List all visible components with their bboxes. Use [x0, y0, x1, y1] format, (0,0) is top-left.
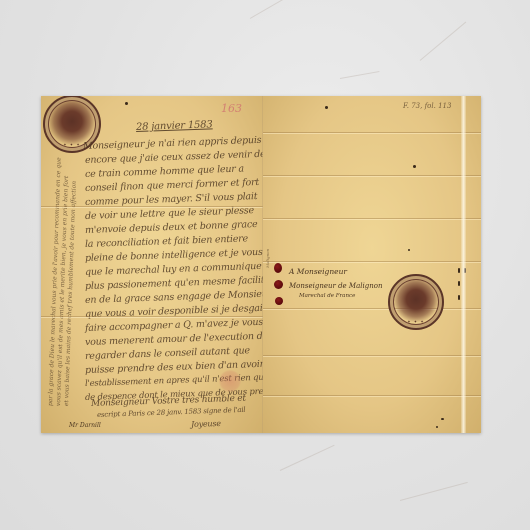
- fold-line: [263, 218, 481, 219]
- address-line: Monseigneur de Malignon: [289, 282, 382, 290]
- fold-line: [41, 206, 263, 207]
- ink-speck: [325, 106, 328, 109]
- binding-hole: [458, 281, 460, 286]
- fold-line: [263, 175, 481, 176]
- fold-line: [263, 132, 481, 133]
- postcard: ✦ ✦ ✦ 163 28 janvier 1583 Monseigneur je…: [41, 96, 481, 433]
- wax-seal: [275, 297, 283, 305]
- marble-vein: [400, 482, 468, 501]
- fold-line: [263, 308, 481, 309]
- address-line: A Monseigneur: [289, 267, 347, 276]
- fold-line: [263, 395, 481, 396]
- address-scribble: Malignon: [265, 249, 270, 268]
- archive-number: 163: [221, 102, 242, 115]
- address-line: Marechal de France: [299, 293, 355, 299]
- faded-red-stamp: [219, 370, 241, 392]
- fold-line: [41, 316, 263, 317]
- marble-vein: [420, 22, 467, 61]
- archive-reference: F. 73, fol. 113: [403, 102, 451, 110]
- binding-hole: [458, 295, 460, 300]
- marble-vein: [280, 445, 335, 471]
- vertical-fold-band: [461, 96, 466, 433]
- date-line: 28 janvier 1583: [136, 119, 213, 133]
- wax-seal: [274, 280, 283, 289]
- library-stamp-right: ✦ ✦ ✦: [388, 274, 444, 330]
- ink-speck: [125, 102, 128, 105]
- letter-page-right: F. 73, fol. 113 Malignon A Monseigneur M…: [263, 96, 481, 433]
- ink-speck: [413, 165, 416, 168]
- signature: Joyeuse: [191, 419, 221, 429]
- binding-hole: [458, 268, 460, 273]
- ink-speck: [408, 249, 410, 251]
- wax-seal: [274, 263, 282, 273]
- ink-speck: [436, 426, 438, 428]
- letter-page-left: ✦ ✦ ✦ 163 28 janvier 1583 Monseigneur je…: [41, 96, 263, 433]
- stamp-ring-text: ✦ ✦ ✦: [390, 319, 442, 324]
- footer-note: Mr Darnill: [69, 422, 101, 429]
- fold-line: [263, 261, 481, 262]
- marble-vein: [250, 0, 311, 19]
- fold-line: [263, 355, 481, 356]
- marble-vein: [340, 71, 380, 79]
- ink-speck: [441, 418, 444, 420]
